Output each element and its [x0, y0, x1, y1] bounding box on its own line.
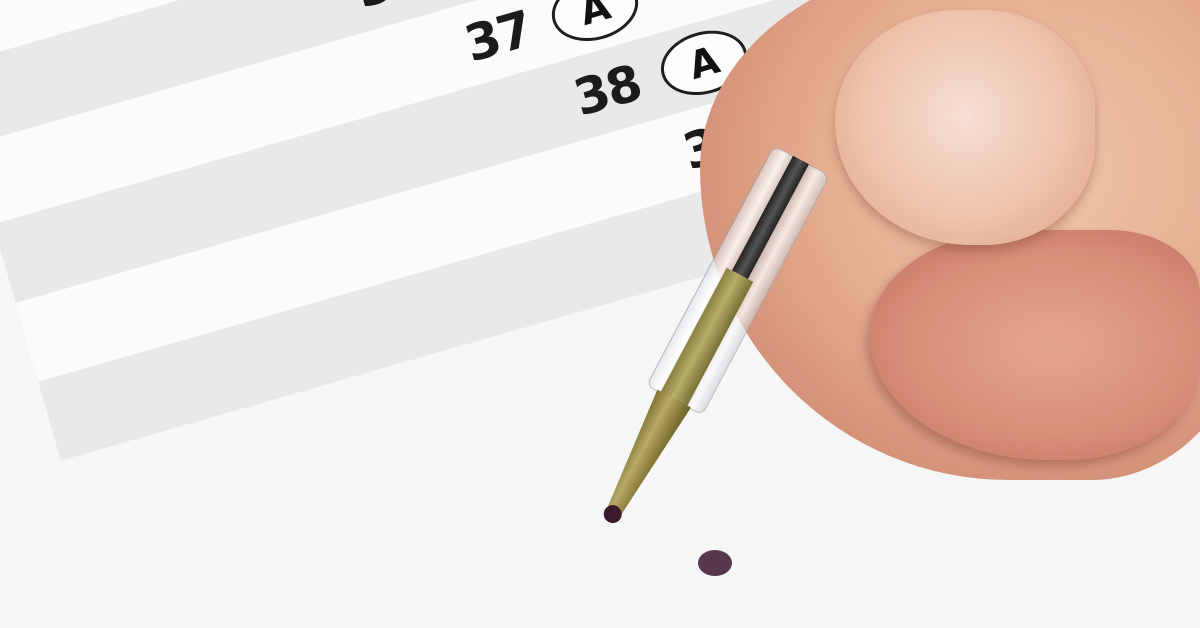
ink-mark — [698, 550, 732, 576]
